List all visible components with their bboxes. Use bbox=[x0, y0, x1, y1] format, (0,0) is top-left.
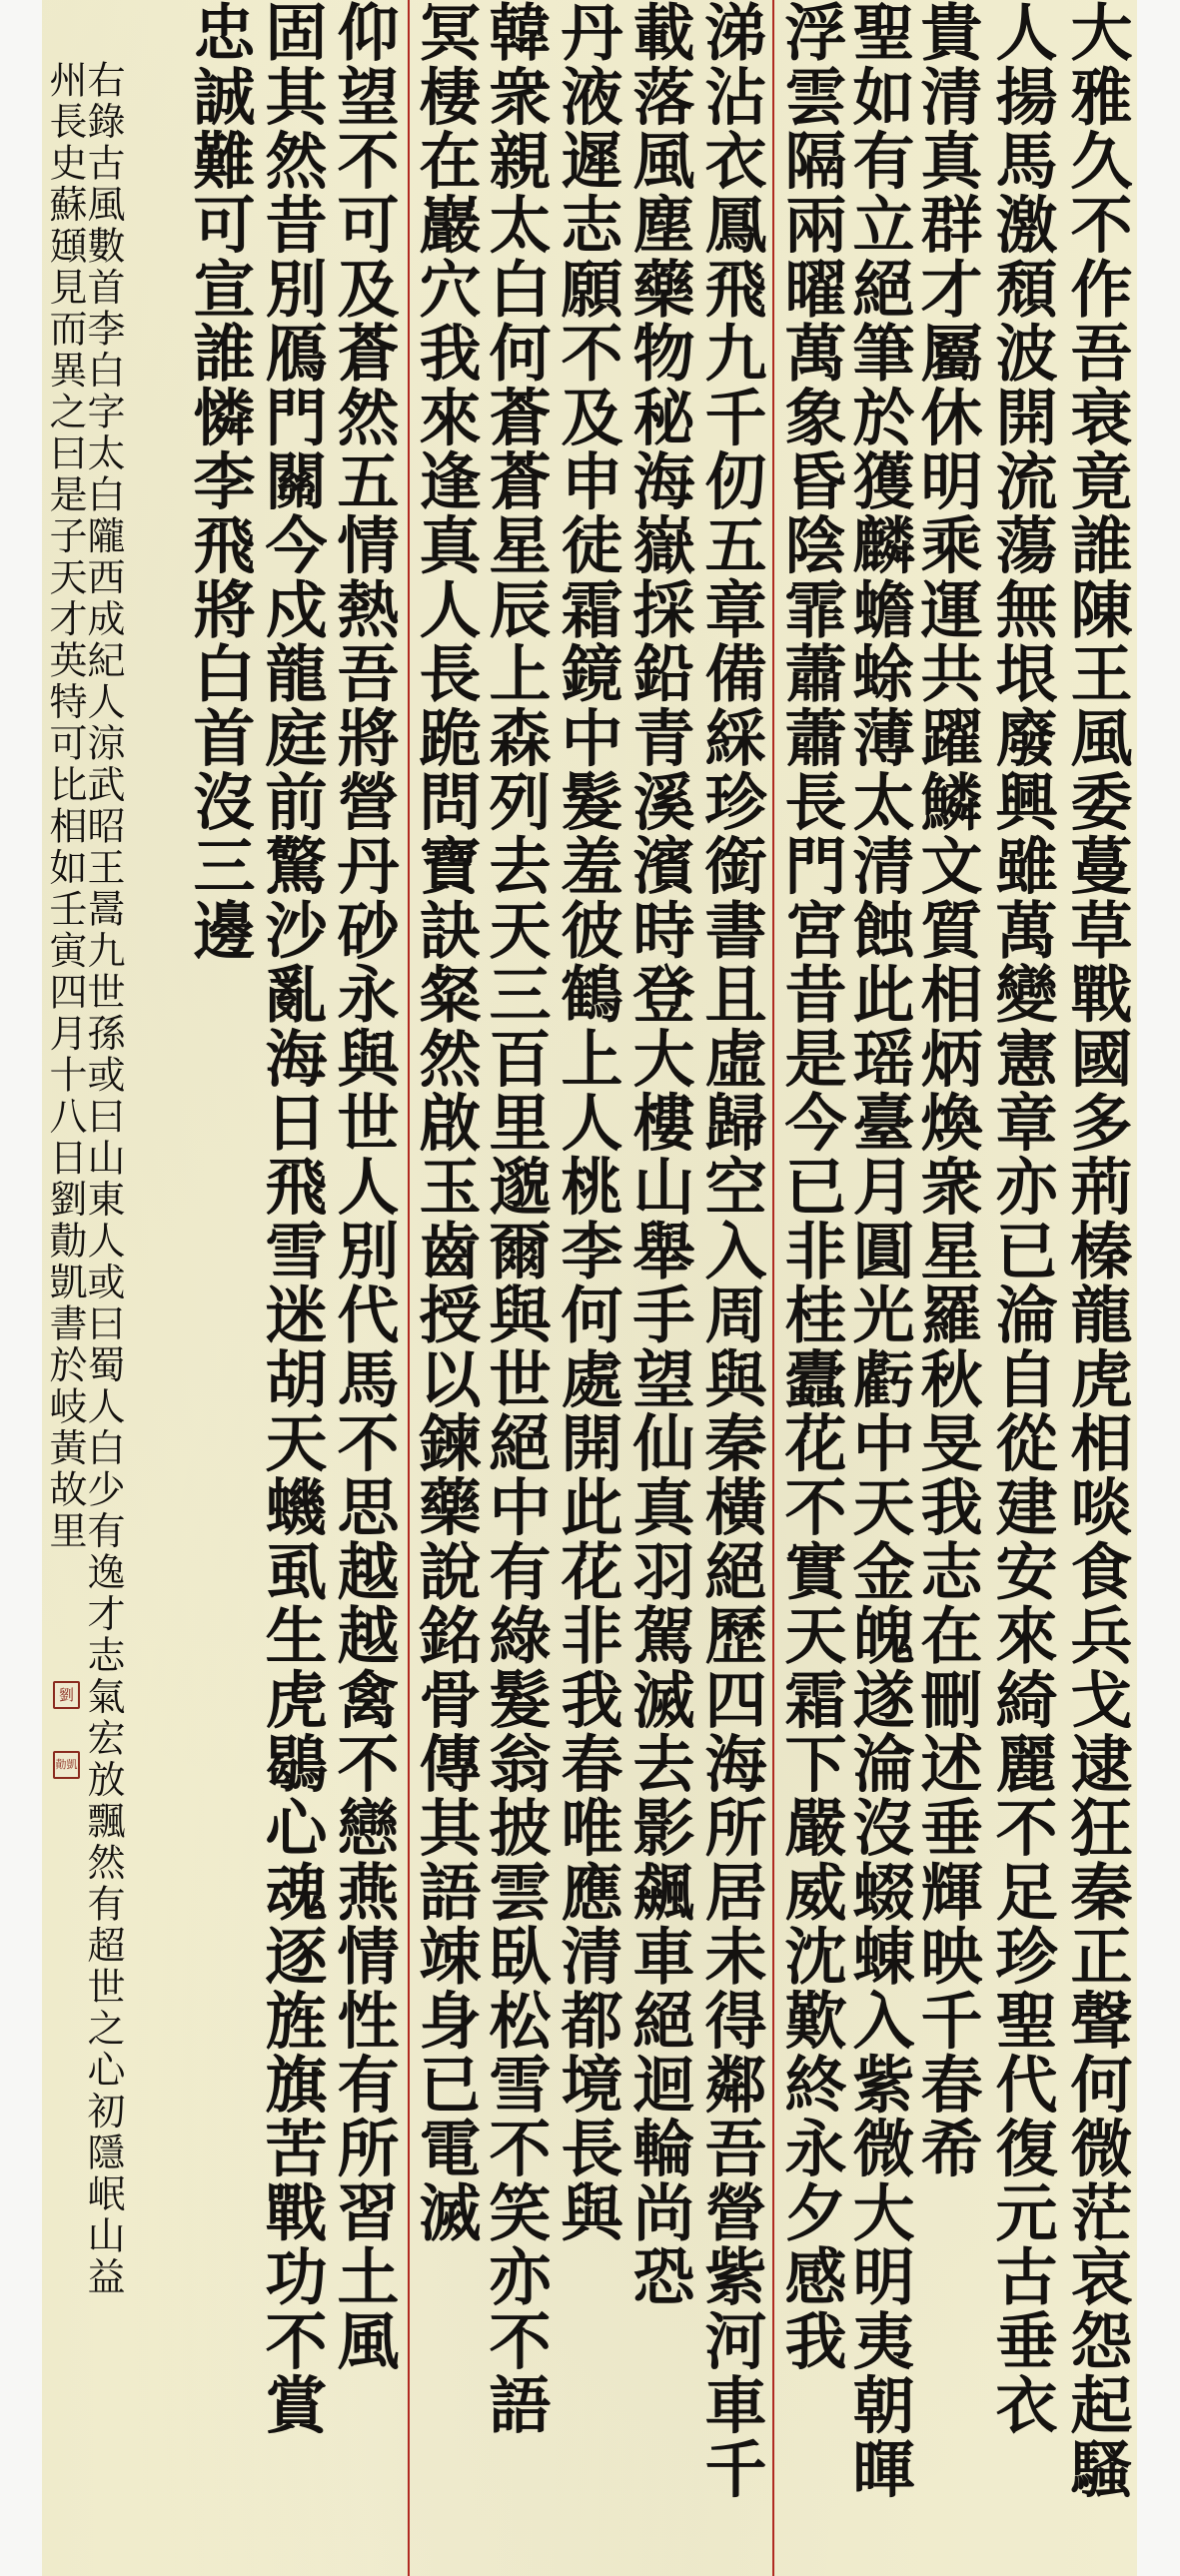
artist-seal: 勣凱 bbox=[53, 1751, 80, 1779]
calligraphy-column: 聖如有立絕筆於獲麟蟾蜍薄太清蝕此瑶臺月圓光虧中天金魄遂淪沒蝃蝀入紫微大明夷朝暉 bbox=[847, 0, 909, 2501]
calligraphy-column: 貴清真群才屬休明乘運共躍鱗文質相炳煥衆星羅秋旻我志在刪述垂輝映千春希 bbox=[915, 0, 977, 2180]
calligraphy-column: 固其然昔別鴈門關今戍龍庭前驚沙亂海日飛雪迷胡天蟣虱生虎鶡心魂逐旌旗苦戰功不賞 bbox=[260, 0, 322, 2437]
calligraphy-column: 人揚馬激頹波開流蕩無垠廢興雖萬變憲章亦已淪自從建安來綺麗不足珍聖代復元古垂衣 bbox=[990, 0, 1052, 2437]
colophon-column: 州長史蘇頲見而異之曰是子天才英特可比相如壬寅四月十八日劉勣凱書於岐黃故里 bbox=[46, 60, 84, 1552]
colophon-column: 右錄古風數首李白字太白隴西成紀人涼武昭王暠九世孫或曰山東人或曰蜀人白少有逸才志氣… bbox=[84, 60, 122, 2298]
calligraphy-column: 仰望不可及蒼然五情熱吾將營丹砂永與世人別代馬不思越越禽不戀燕情性有所習土風 bbox=[332, 0, 394, 2372]
calligraphy-column: 載落風塵藥物秘海嶽採鉛青溪濱時登大樓山舉手望仙真羽駕滅去影飆車絕迴輪尚恐 bbox=[627, 0, 689, 2308]
artist-seal: 劉 bbox=[53, 1681, 80, 1709]
calligraphy-column: 浮雲隔兩曜萬象昏陰霏蕭蕭長門宮昔是今已非桂蠹花不實天霜下嚴威沈歎終永夕感我 bbox=[779, 0, 841, 2372]
calligraphy-column: 涕沾衣鳳飛九千仞五章備綵珍銜書且虛歸空入周與秦橫絕歷四海所居未得鄰吾營紫河車千 bbox=[699, 0, 761, 2501]
calligraphy-column: 大雅久不作吾衰竟誰陳王風委蔓草戰國多荊榛龍虎相啖食兵戈逮狂秦正聲何微茫哀怨起騷 bbox=[1065, 0, 1127, 2501]
calligraphy-column: 丹液遲志願不及申徒霜鏡中髮羞彼鶴上人桃李何處開此花非我春唯應清都境長與 bbox=[556, 0, 617, 2244]
calligraphy-column: 忠誠難可宣誰憐李飛將白首沒三邊 bbox=[188, 0, 250, 962]
calligraphy-column: 韓衆親太白何蒼蒼星辰上森列去天三百里邈爾與世絕中有綠髮翁披雲臥松雪不笑亦不語 bbox=[484, 0, 546, 2437]
calligraphy-column: 冥棲在巖穴我來逢真人長跪問寶訣粲然啟玉齒授以鍊藥說銘骨傳其語竦身已電滅 bbox=[414, 0, 476, 2244]
